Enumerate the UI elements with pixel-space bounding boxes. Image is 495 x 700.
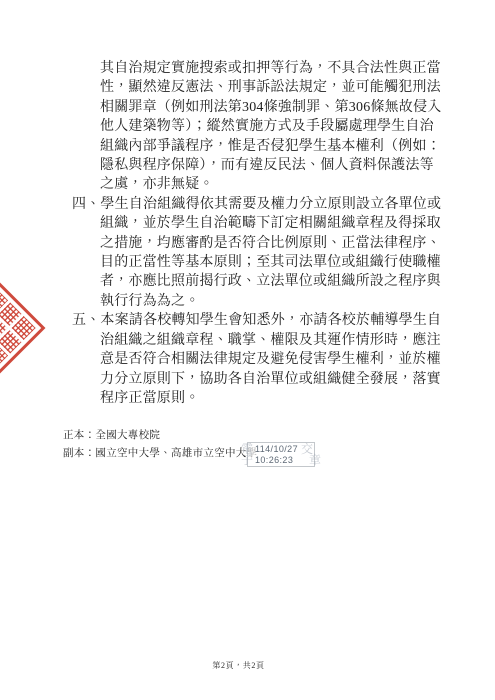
text-line-content: 之虞，亦非無疑。 [100, 177, 214, 192]
text-line-content: 程序正當原則。 [100, 391, 199, 406]
original-copy-line: 正本：全國大專校院 [63, 427, 257, 445]
text-line: 程序正當原則。 [0, 389, 495, 408]
carbon-copy-line: 副本：國立空中大學、高雄市立空中大學 [63, 445, 257, 463]
text-line-content: 性，顯然違反憲法、刑事訴訟法規定，並可能觸犯刑法 [100, 80, 441, 95]
distribution-block: 正本：全國大專校院 副本：國立空中大學、高雄市立空中大學 [63, 427, 257, 463]
stamp-timestamp: 114/10/2710:26:23 [255, 444, 298, 465]
copy-label: 副本： [63, 448, 95, 459]
text-line: 執行行為為之。 [0, 292, 495, 311]
text-line: 意是否符合相關法律規定及避免侵害學生權利，並於權 [0, 350, 495, 369]
text-line: 其自治規定實施搜索或扣押等行為，不具合法性與正當 [0, 59, 495, 78]
original-value: 全國大專校院 [95, 430, 160, 441]
text-line: 性，顯然違反憲法、刑事訴訟法規定，並可能觸犯刑法 [0, 78, 495, 97]
stamp-time: 10:26:23 [255, 455, 293, 465]
document-page: 其自治規定實施搜索或扣押等行為，不具合法性與正當性，顯然違反憲法、刑事訴訟法規定… [0, 0, 495, 700]
list-item-number: 四、 [72, 197, 100, 212]
text-line: 之虞，亦非無疑。 [0, 175, 495, 194]
text-line-content: 相關罪章（例如刑法第304條強制罪、第306條無故侵入 [100, 100, 441, 115]
text-line-content: 隱私與程序保障），而有違反民法、個人資料保護法等 [100, 158, 434, 173]
text-line-content: 目的正當性等基本原則；至其司法單位或組織行使職權 [100, 255, 441, 270]
text-line-content: 其自治規定實施搜索或扣押等行為，不具合法性與正當 [100, 61, 441, 76]
electronic-exchange-stamp: 電 子 交 章 114/10/2710:26:23 [247, 442, 315, 467]
text-line-content: 力分立原則下，協助各自治單位或組織健全發展，落實 [100, 372, 441, 387]
text-line-content: 學生自治組織得依其需要及權力分立原則設立各單位或 [100, 197, 441, 212]
text-line-content: 組織內部爭議程序，惟是否侵犯學生基本權利（例如： [100, 139, 441, 154]
text-line: 力分立原則下，協助各自治單位或組織健全發展，落實 [0, 370, 495, 389]
text-line-content: 治組織之組織章程、職掌、權限及其運作情形時，應注 [100, 333, 441, 348]
text-line: 目的正當性等基本原則；至其司法單位或組織行使職權 [0, 253, 495, 272]
stamp-ghost-char: 子 [241, 454, 253, 466]
text-line-content: 意是否符合相關法律規定及避免侵害學生權利，並於權 [100, 352, 441, 367]
text-line: 五、本案請各校轉知學生會知悉外，亦請各校於輔導學生自 [0, 311, 495, 330]
text-line-content: 組織，並於學生自治範疇下訂定相關組織章程及得採取 [100, 216, 441, 231]
text-line: 組織內部爭議程序，惟是否侵犯學生基本權利（例如： [0, 137, 495, 156]
text-line: 相關罪章（例如刑法第304條強制罪、第306條無故侵入 [0, 98, 495, 117]
text-line-content: 他人建築物等）；縱然實施方式及手段屬處理學生自治 [100, 119, 434, 134]
text-line: 四、學生自治組織得依其需要及權力分立原則設立各單位或 [0, 195, 495, 214]
text-line: 者，亦應比照前揭行政、立法單位或組織所設之程序與 [0, 272, 495, 291]
page-number-text: 第2頁，共2頁 [212, 661, 264, 670]
list-item-number: 五、 [72, 313, 100, 328]
stamp-ghost-char: 章 [309, 454, 321, 466]
text-line: 之措施，均應審酌是否符合比例原則、正當法律程序、 [0, 234, 495, 253]
text-line: 治組織之組織章程、職掌、權限及其運作情形時，應注 [0, 331, 495, 350]
text-line: 隱私與程序保障），而有違反民法、個人資料保護法等 [0, 156, 495, 175]
page-footer: 第2頁，共2頁 [0, 661, 486, 671]
text-line: 組織，並於學生自治範疇下訂定相關組織章程及得採取 [0, 214, 495, 233]
text-line-content: 之措施，均應審酌是否符合比例原則、正當法律程序、 [100, 236, 441, 251]
text-line-content: 本案請各校轉知學生會知悉外，亦請各校於輔導學生自 [100, 313, 441, 328]
document-body: 其自治規定實施搜索或扣押等行為，不具合法性與正當性，顯然違反憲法、刑事訴訟法規定… [0, 59, 495, 408]
text-line: 他人建築物等）；縱然實施方式及手段屬處理學生自治 [0, 117, 495, 136]
text-line-content: 執行行為為之。 [100, 294, 199, 309]
stamp-date: 114/10/27 [255, 444, 298, 454]
text-line-content: 者，亦應比照前揭行政、立法單位或組織所設之程序與 [100, 274, 441, 289]
copy-value: 國立空中大學、高雄市立空中大學 [95, 448, 257, 459]
original-label: 正本： [63, 430, 95, 441]
